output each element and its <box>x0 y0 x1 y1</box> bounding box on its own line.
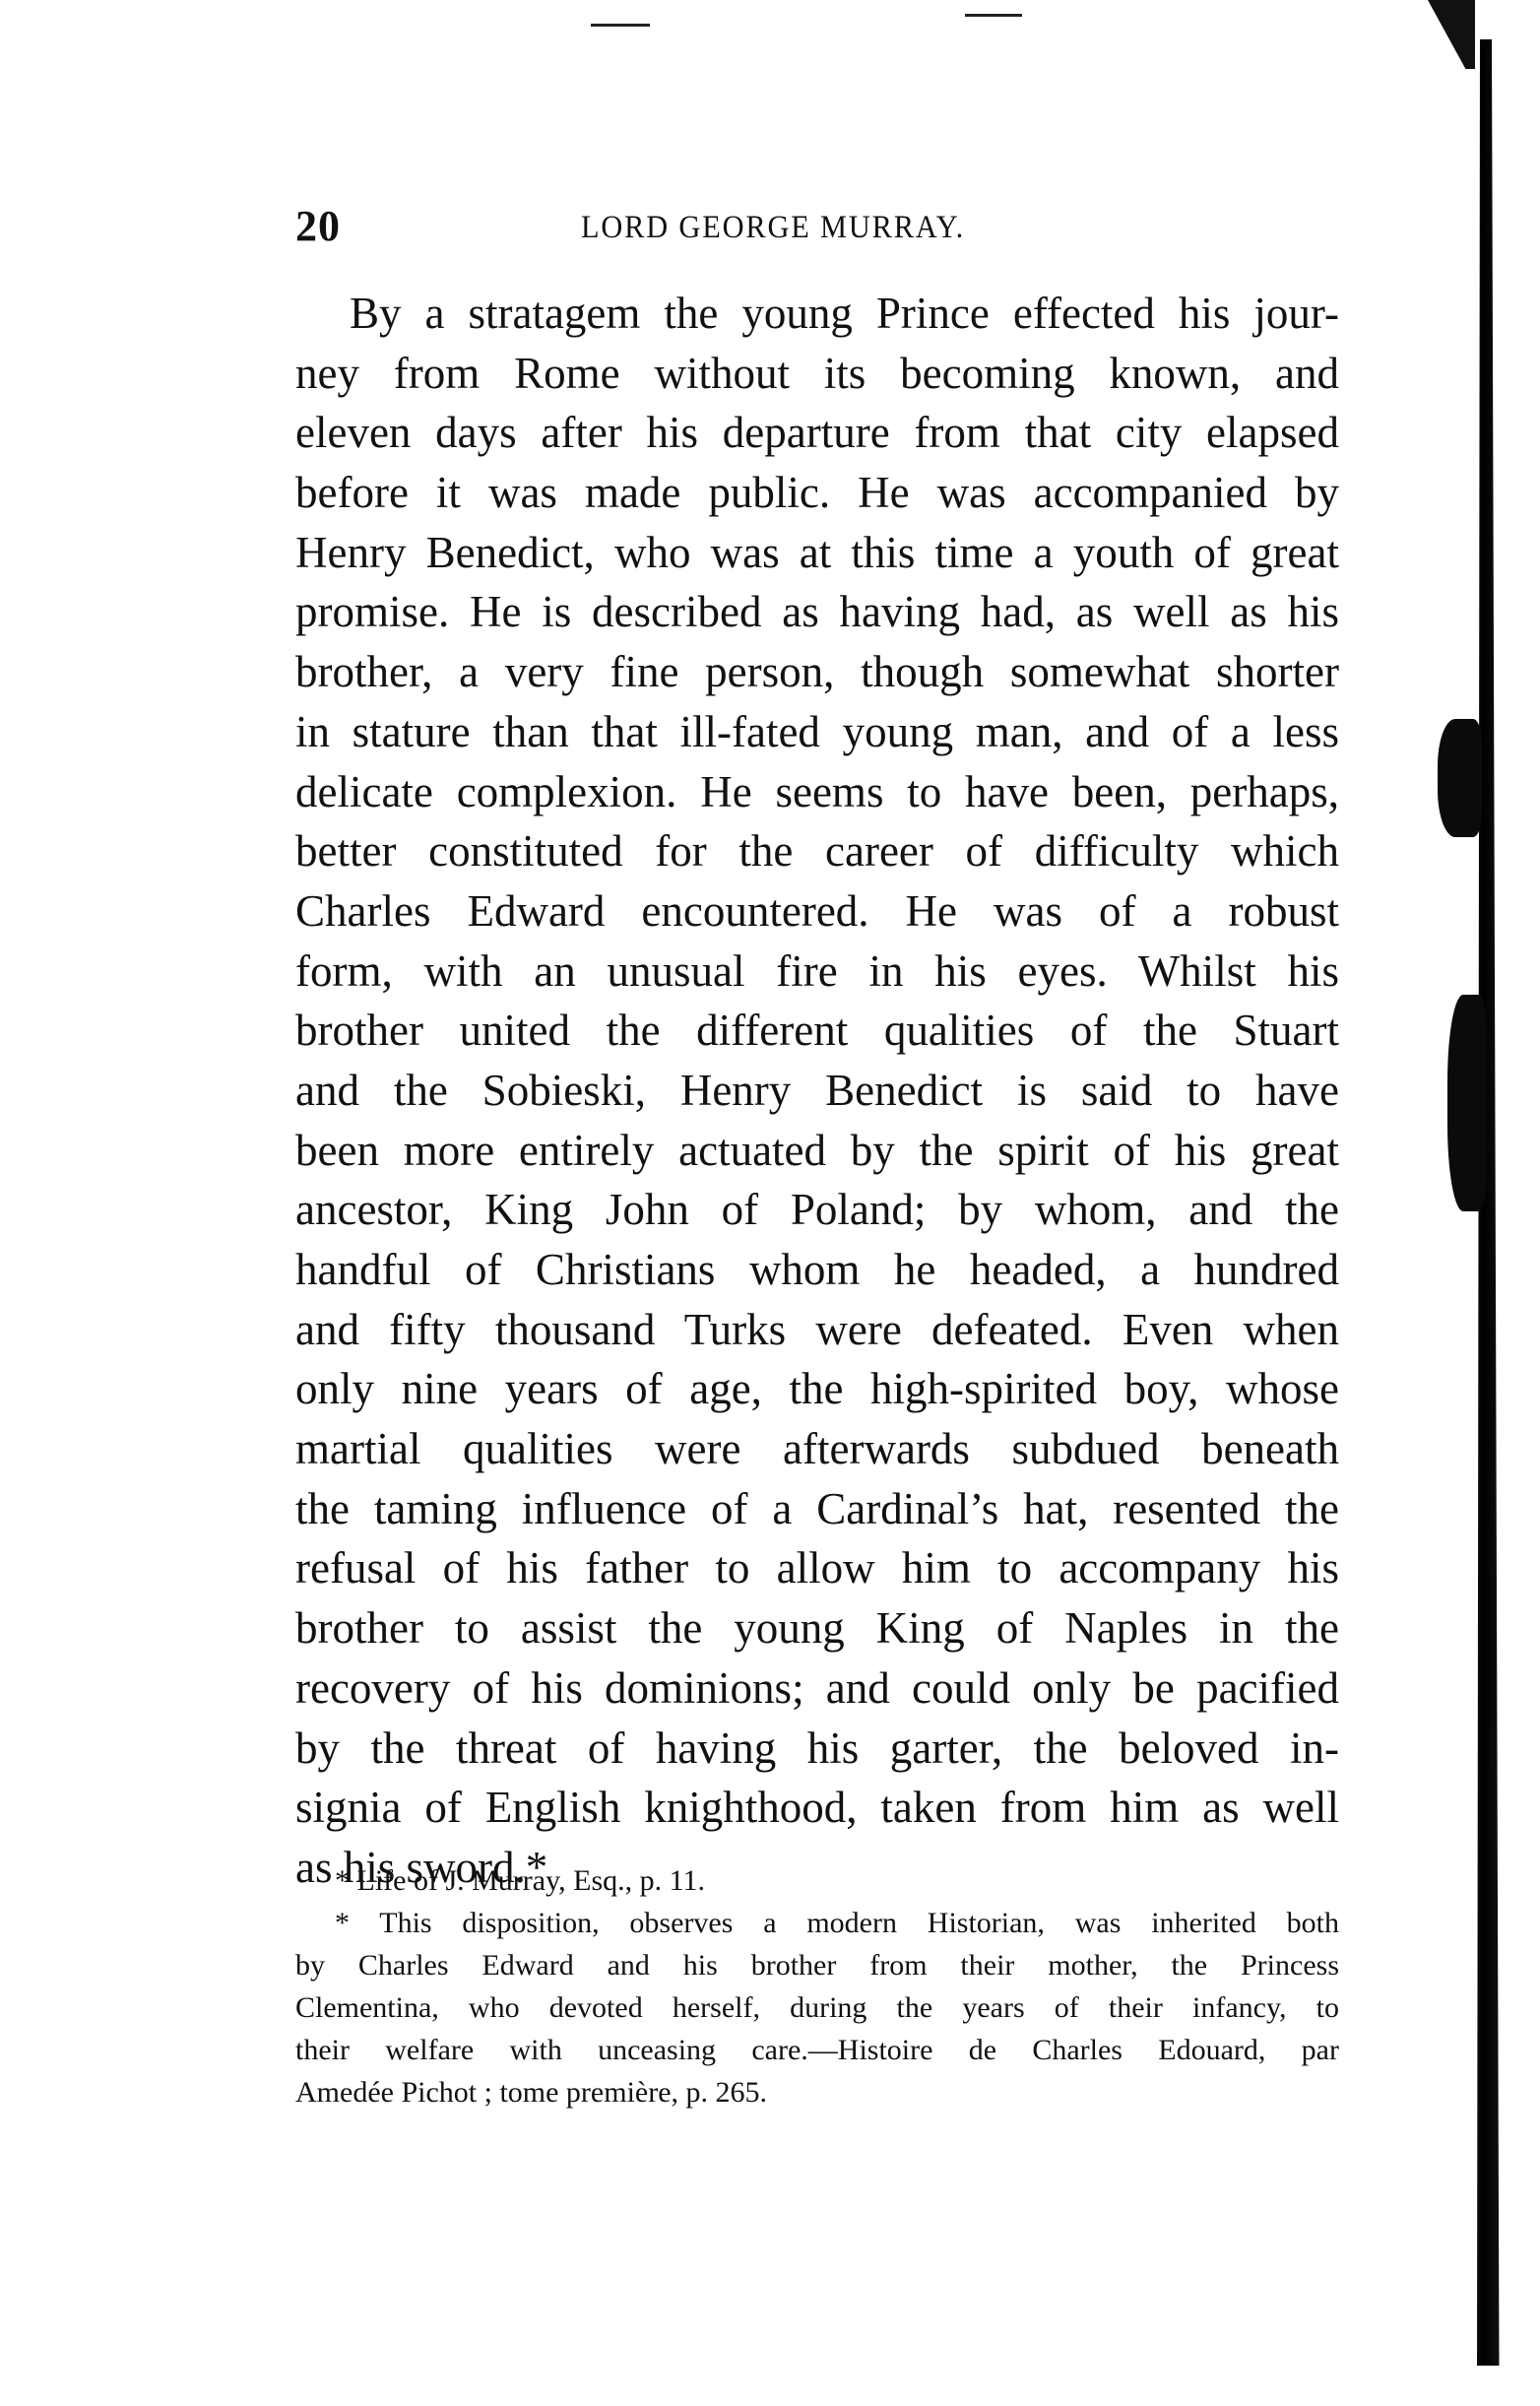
scan-artifact-left <box>591 24 650 27</box>
body-line: before it was made public. He was accomp… <box>295 463 1339 523</box>
body-line: better constituted for the career of dif… <box>295 821 1339 881</box>
body-paragraph: By a stratagem the young Prince effected… <box>295 284 1339 1898</box>
body-line: form, with an unusual fire in his eyes. … <box>295 942 1339 1002</box>
body-line: and fifty thousand Turks were defeated. … <box>295 1300 1339 1360</box>
page-corner-shadow <box>1428 0 1475 69</box>
body-line: recovery of his dominions; and could onl… <box>295 1658 1339 1719</box>
footnote-2-line: their welfare with unceasing care.—Histo… <box>295 2029 1339 2071</box>
body-line: by the threat of having his garter, the … <box>295 1719 1339 1779</box>
footnote-2-line: Amedée Pichot ; tome première, p. 265. <box>295 2071 1339 2113</box>
page-number: 20 <box>295 197 341 256</box>
binding-shadow-lower <box>1447 995 1487 1211</box>
body-line: delicate complexion. He seems to have be… <box>295 762 1339 822</box>
body-line: refusal of his father to allow him to ac… <box>295 1538 1339 1598</box>
body-line: martial qualities were afterwards subdue… <box>295 1419 1339 1479</box>
body-line: By a stratagem the young Prince effected… <box>295 284 1339 344</box>
footnote-1: * Life of J. Murray, Esq., p. 11. <box>295 1859 1339 1902</box>
body-line: Charles Edward encountered. He was of a … <box>295 881 1339 942</box>
scan-artifact-right <box>965 14 1022 17</box>
footnote-2-line: by Charles Edward and his brother from t… <box>295 1944 1339 1986</box>
body-line: and the Sobieski, Henry Benedict is said… <box>295 1061 1339 1121</box>
body-line: promise. He is described as having had, … <box>295 582 1339 642</box>
body-line: been more entirely actuated by the spiri… <box>295 1121 1339 1181</box>
body-line: Henry Benedict, who was at this time a y… <box>295 523 1339 583</box>
body-line: only nine years of age, the high-spirite… <box>295 1359 1339 1419</box>
body-line: ancestor, King John of Poland; by whom, … <box>295 1180 1339 1240</box>
body-line: in stature than that ill-fated young man… <box>295 702 1339 762</box>
footnotes: * Life of J. Murray, Esq., p. 11. * This… <box>295 1859 1339 2113</box>
body-line: eleven days after his departure from tha… <box>295 403 1339 463</box>
running-head: LORD GEORGE MURRAY. <box>581 203 965 252</box>
body-line: ney from Rome without its becoming known… <box>295 344 1339 404</box>
body-line: brother united the different qualities o… <box>295 1001 1339 1061</box>
body-line: signia of English knighthood, taken from… <box>295 1778 1339 1838</box>
body-line: the taming influence of a Cardinal’s hat… <box>295 1479 1339 1539</box>
footnote-2-line: * This disposition, observes a modern Hi… <box>295 1902 1339 1944</box>
body-line: brother to assist the young King of Napl… <box>295 1598 1339 1658</box>
body-line: handful of Christians whom he headed, a … <box>295 1240 1339 1300</box>
footnote-2-line: Clementina, who devoted herself, during … <box>295 1986 1339 2029</box>
body-line: brother, a very fine person, though some… <box>295 642 1339 702</box>
binding-shadow-upper <box>1438 719 1482 837</box>
